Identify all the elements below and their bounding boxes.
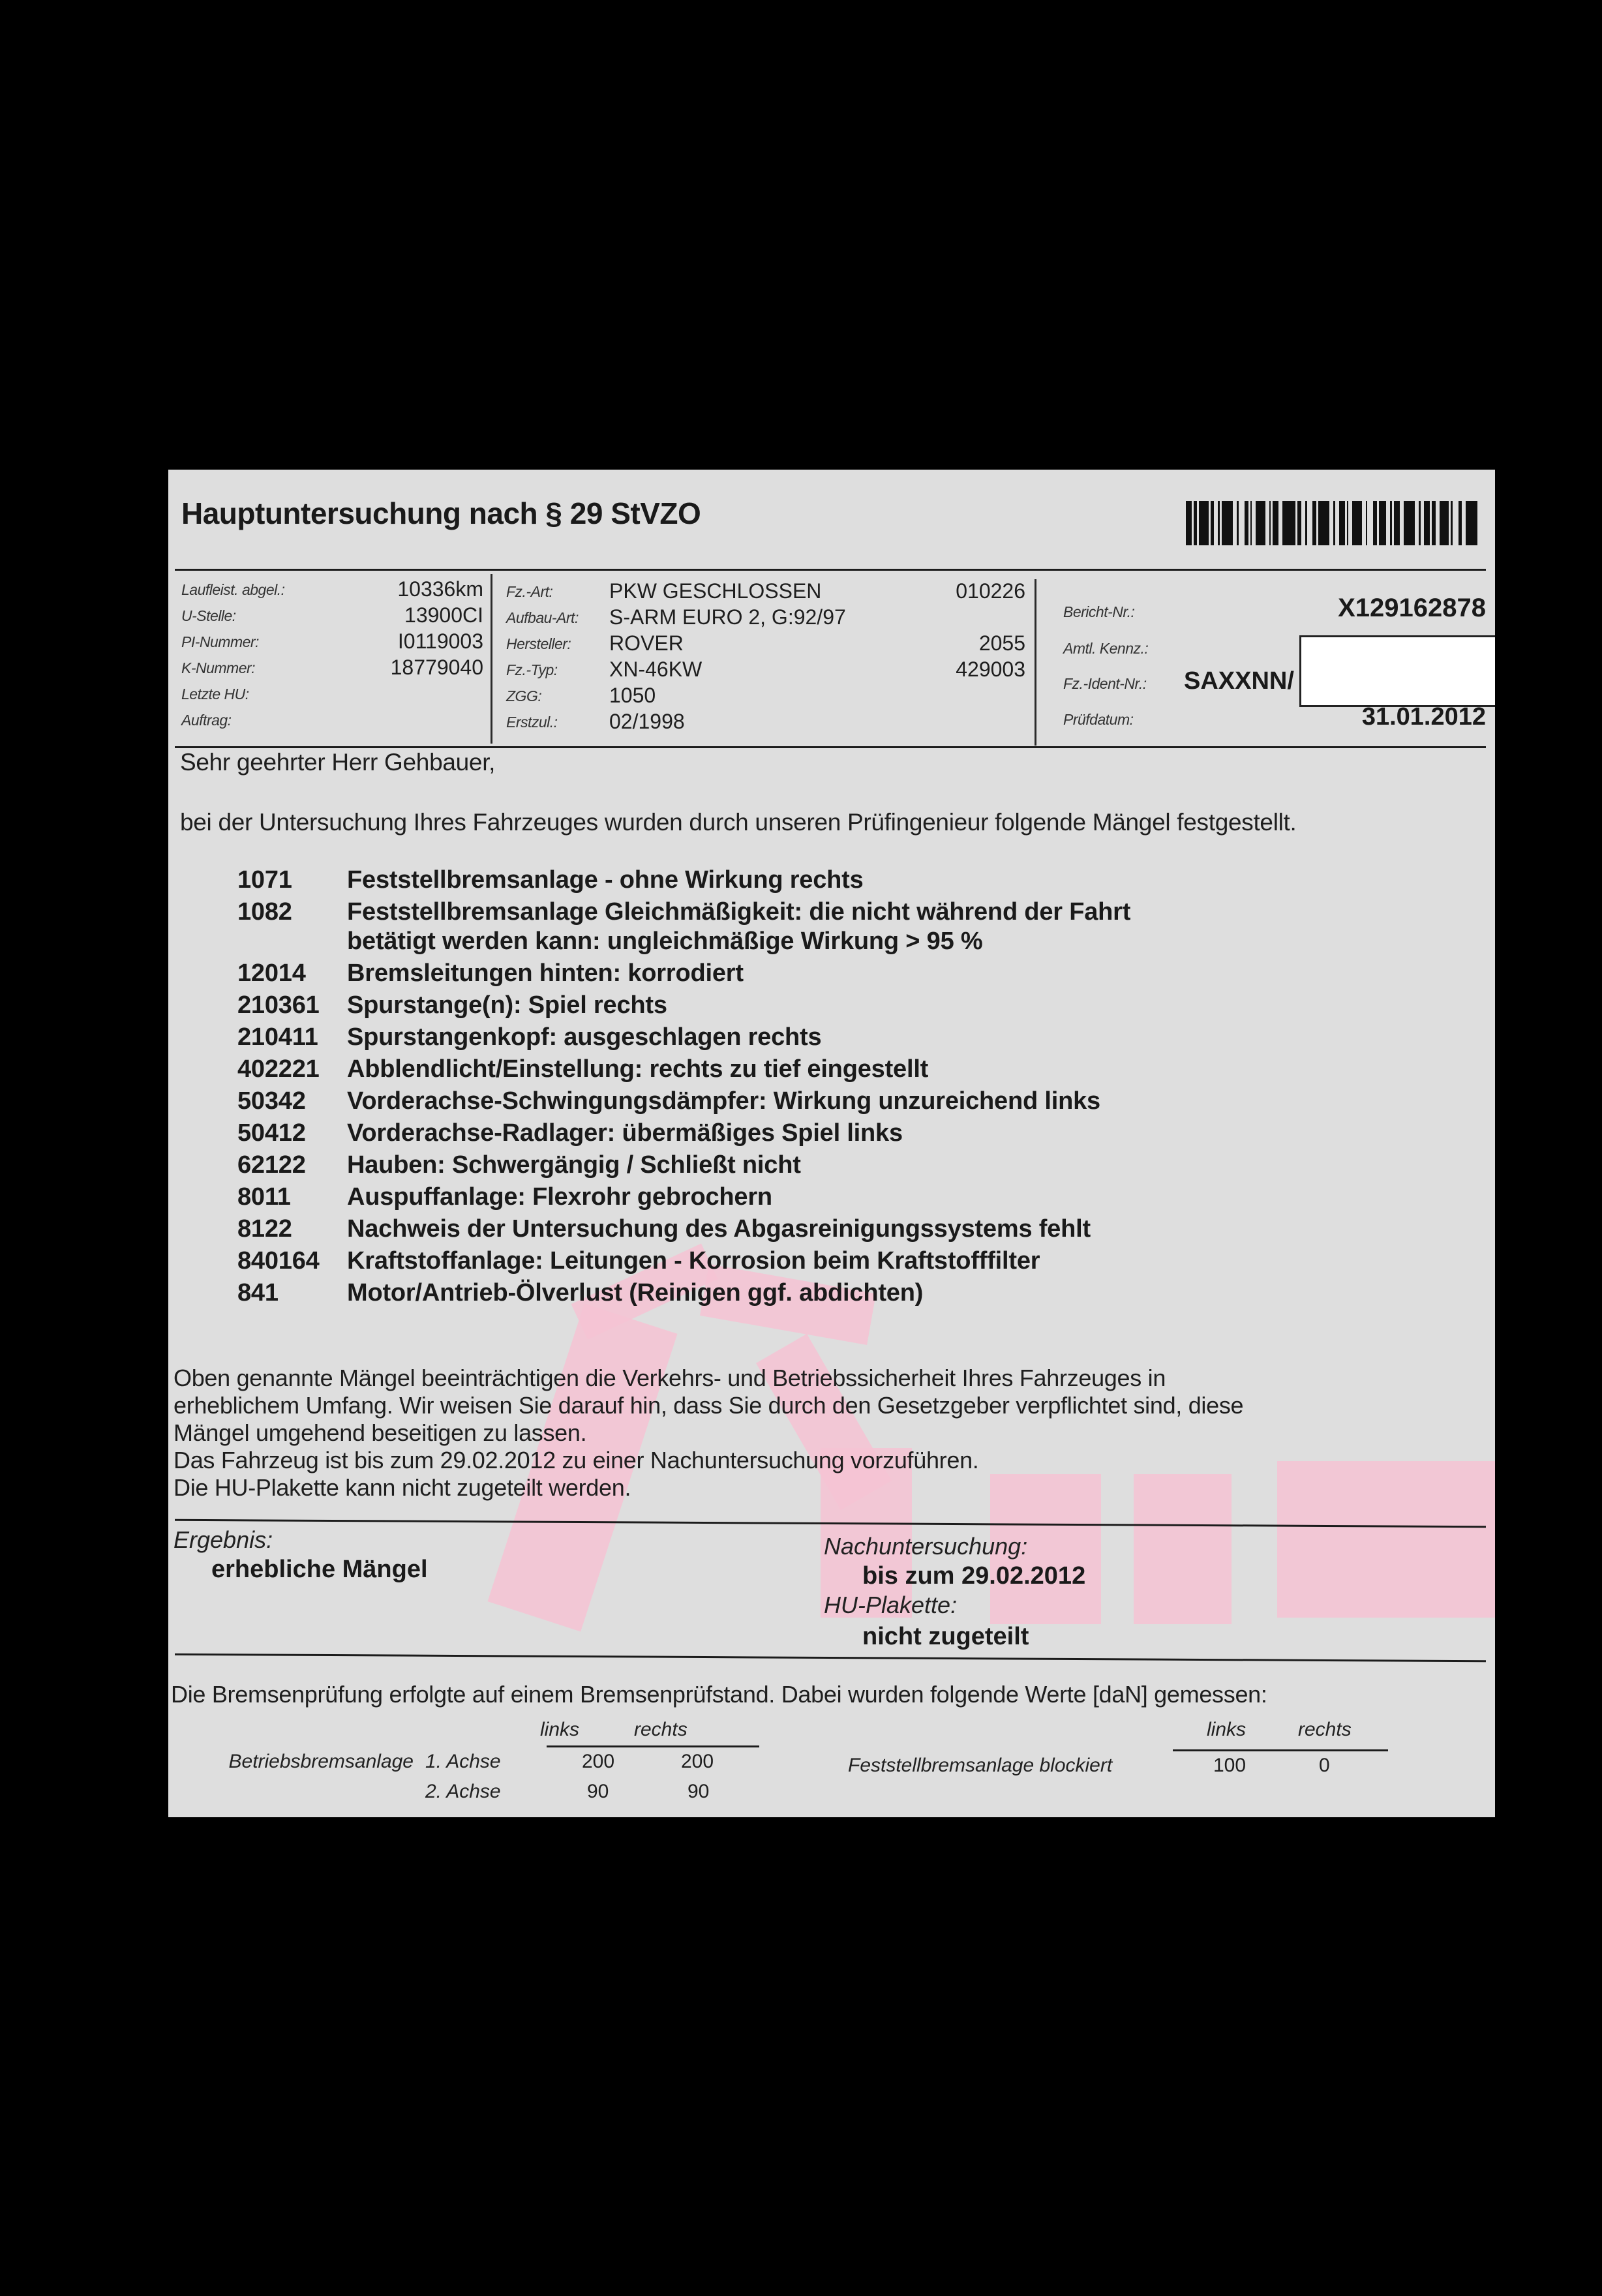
- col-links: links: [540, 1719, 579, 1741]
- info-value: 13900CI: [364, 603, 483, 627]
- barcode-bar: [1312, 501, 1316, 545]
- barcode-bar: [1451, 501, 1453, 545]
- barcode-bar: [1222, 501, 1233, 545]
- barcode-bar: [1394, 501, 1400, 545]
- axle-2-rechts: 90: [688, 1781, 709, 1803]
- barcode-bar: [1199, 501, 1209, 545]
- defect-text: Motor/Antrieb-Ölverlust (Reinigen ggf. a…: [347, 1279, 923, 1307]
- barcode-bar: [1339, 501, 1345, 545]
- axle-1-links: 200: [582, 1751, 614, 1773]
- col-links-2: links: [1207, 1719, 1246, 1741]
- brake-test-intro: Die Bremsenprüfung erfolgte auf einem Br…: [171, 1681, 1267, 1708]
- ident-number: SAXXNN/: [1184, 667, 1294, 695]
- vehicle-label: Fz.-Art:: [506, 583, 552, 601]
- defect-text: Feststellbremsanlage Gleichmäßigkeit: di…: [347, 898, 1130, 926]
- divider: [175, 569, 1486, 571]
- barcode-bar: [1273, 501, 1278, 545]
- redacted-field: [1299, 635, 1495, 707]
- watermark: [1277, 1461, 1495, 1618]
- defect-text: Spurstange(n): Spiel rechts: [347, 991, 667, 1020]
- barcode-bar: [1282, 501, 1295, 545]
- inspection-report: Hauptuntersuchung nach § 29 StVZO Laufle…: [168, 470, 1495, 1817]
- defect-text: Nachweis der Untersuchung des Abgasreini…: [347, 1215, 1091, 1243]
- vehicle-label: Hersteller:: [506, 635, 571, 653]
- notice-line: Das Fahrzeug ist bis zum 29.02.2012 zu e…: [174, 1447, 979, 1474]
- notice-line: Oben genannte Mängel beeinträchtigen die…: [174, 1365, 1166, 1392]
- vehicle-label: Erstzul.:: [506, 714, 558, 731]
- defect-code: 210361: [237, 991, 320, 1020]
- defect-code: 1082: [237, 898, 292, 926]
- axle-1-label: 1. Achse: [425, 1751, 501, 1773]
- barcode-bar: [1237, 501, 1239, 545]
- bericht-number: X129162878: [1338, 594, 1486, 623]
- vehicle-label: Aufbau-Art:: [506, 609, 579, 627]
- divider: [175, 746, 1486, 748]
- barcode-bar: [1318, 501, 1329, 545]
- nachuntersuchung-label: Nachuntersuchung:: [824, 1533, 1027, 1560]
- datum-label: Prüfdatum:: [1063, 711, 1134, 729]
- divider: [547, 1745, 759, 1747]
- col-rechts-2: rechts: [1298, 1719, 1352, 1741]
- defect-code: 1071: [237, 866, 292, 894]
- nachuntersuchung-date: bis zum 29.02.2012: [862, 1562, 1085, 1590]
- barcode-bar: [1250, 501, 1252, 545]
- info-value: 10336km: [364, 577, 483, 601]
- vehicle-value: XN-46KW: [609, 657, 702, 682]
- barcode-bar: [1466, 501, 1477, 545]
- vehicle-code: 2055: [886, 631, 1025, 656]
- defect-code: 8122: [237, 1215, 292, 1243]
- axle-2-links: 90: [587, 1781, 609, 1803]
- notice-line: erheblichem Umfang. Wir weisen Sie darau…: [174, 1392, 1243, 1419]
- vehicle-label: Fz.-Typ:: [506, 661, 558, 679]
- defect-code: 841: [237, 1279, 279, 1307]
- info-value: 18779040: [364, 656, 483, 680]
- vehicle-value: S-ARM EURO 2, G:92/97: [609, 605, 846, 629]
- barcode-bar: [1440, 501, 1449, 545]
- vehicle-code: 010226: [886, 579, 1025, 603]
- intro-text: bei der Untersuchung Ihres Fahrzeuges wu…: [180, 809, 1297, 836]
- info-label: Laufleist. abgel.:: [181, 581, 285, 599]
- parking-rechts: 0: [1319, 1755, 1330, 1777]
- vehicle-code: 429003: [886, 657, 1025, 682]
- barcode-bar: [1390, 501, 1392, 545]
- vehicle-value: 1050: [609, 684, 656, 708]
- watermark: [1134, 1474, 1232, 1624]
- barcode-bar: [1419, 501, 1421, 545]
- test-date: 31.01.2012: [1362, 703, 1486, 731]
- axle-1-rechts: 200: [681, 1751, 714, 1773]
- service-brake-label: Betriebsbremsanlage: [207, 1751, 414, 1773]
- vehicle-value: PKW GESCHLOSSEN: [609, 579, 821, 603]
- info-label: Letzte HU:: [181, 686, 249, 703]
- defect-code: 12014: [237, 959, 306, 988]
- barcode-bar: [1305, 501, 1307, 545]
- vehicle-value: 02/1998: [609, 710, 685, 734]
- info-label: PI-Nummer:: [181, 633, 259, 651]
- barcode-bar: [1194, 501, 1198, 545]
- defect-code: 210411: [237, 1023, 318, 1051]
- divider: [1035, 579, 1036, 746]
- defect-code: 50412: [237, 1119, 306, 1147]
- barcode-bar: [1352, 501, 1362, 545]
- defect-code: 8011: [237, 1183, 291, 1211]
- defect-code: 50342: [237, 1087, 306, 1115]
- defect-code: 840164: [237, 1247, 320, 1275]
- plakette-value: nicht zugeteilt: [862, 1623, 1029, 1651]
- barcode-bar: [1186, 501, 1192, 545]
- barcode-bar: [1424, 501, 1430, 545]
- barcode-bar: [1269, 501, 1271, 545]
- axle-2-label: 2. Achse: [425, 1781, 501, 1803]
- notice-line: Die HU-Plakette kann nicht zugeteilt wer…: [174, 1474, 631, 1502]
- barcode-bar: [1211, 501, 1215, 545]
- barcode-bar: [1256, 501, 1265, 545]
- parking-links: 100: [1213, 1755, 1246, 1777]
- notice-line: Mängel umgehend beseitigen zu lassen.: [174, 1419, 586, 1447]
- divider: [491, 574, 492, 744]
- defect-text: Bremsleitungen hinten: korrodiert: [347, 959, 744, 988]
- defect-text: Hauben: Schwergängig / Schließt nicht: [347, 1151, 801, 1179]
- salutation: Sehr geehrter Herr Gehbauer,: [180, 749, 495, 776]
- barcode-bar: [1218, 501, 1220, 545]
- barcode-bar: [1297, 501, 1301, 545]
- defect-text: Auspuffanlage: Flexrohr gebrochern: [347, 1183, 772, 1211]
- defect-text: Vorderachse-Radlager: übermäßiges Spiel …: [347, 1119, 903, 1147]
- defect-text: Vorderachse-Schwingungsdämpfer: Wirkung …: [347, 1087, 1100, 1115]
- barcode-bar: [1373, 501, 1377, 545]
- info-value: I0119003: [364, 629, 483, 654]
- plakette-label: HU-Plakette:: [824, 1592, 957, 1619]
- info-label: Auftrag:: [181, 712, 232, 729]
- defect-code: 62122: [237, 1151, 306, 1179]
- kennzeichen-label: Amtl. Kennz.:: [1063, 640, 1148, 657]
- barcode-bar: [1245, 501, 1248, 545]
- vehicle-value: ROVER: [609, 631, 684, 656]
- barcode-bar: [1432, 501, 1436, 545]
- barcode-bar: [1333, 501, 1335, 545]
- info-label: K-Nummer:: [181, 659, 255, 677]
- defect-text: Spurstangenkopf: ausgeschlagen rechts: [347, 1023, 821, 1051]
- defect-text: Feststellbremsanlage - ohne Wirkung rech…: [347, 866, 864, 894]
- info-label: U-Stelle:: [181, 607, 236, 625]
- barcode-bar: [1404, 501, 1415, 545]
- barcode-icon: [1186, 501, 1483, 545]
- divider: [175, 1654, 1486, 1663]
- col-rechts: rechts: [634, 1719, 688, 1741]
- barcode-bar: [1379, 501, 1387, 545]
- parking-brake-label: Feststellbremsanlage blockiert: [848, 1755, 1112, 1777]
- ident-label: Fz.-Ident-Nr.:: [1063, 675, 1147, 693]
- ergebnis-label: Ergebnis:: [174, 1526, 273, 1554]
- barcode-bar: [1366, 501, 1368, 545]
- defect-code: 402221: [237, 1055, 320, 1083]
- barcode-bar: [1347, 501, 1349, 545]
- page-title: Hauptuntersuchung nach § 29 StVZO: [181, 496, 701, 531]
- bericht-label: Bericht-Nr.:: [1063, 603, 1134, 621]
- barcode-bar: [1458, 501, 1462, 545]
- defect-text: Abblendlicht/Einstellung: rechts zu tief…: [347, 1055, 928, 1083]
- defect-text: Kraftstoffanlage: Leitungen - Korrosion …: [347, 1247, 1040, 1275]
- defect-text-cont: betätigt werden kann: ungleichmäßige Wir…: [347, 928, 982, 956]
- divider: [1173, 1749, 1388, 1751]
- vehicle-label: ZGG:: [506, 687, 541, 705]
- ergebnis-value: erhebliche Mängel: [211, 1556, 428, 1584]
